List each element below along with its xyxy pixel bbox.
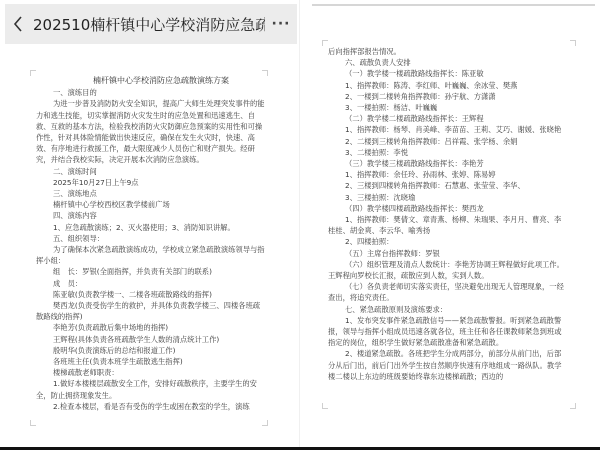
right-document-panel: 后向指挥部报告情况。六、疏散负责人安排（一）教学楼一楼疏散路线指挥长：陈亚敏1、…: [300, 0, 600, 450]
paragraph-line: 1.做好本楼楼层疏散安全工作，安排好疏散秩序，主要学生的安全，防止拥挤现象发生。: [36, 378, 266, 400]
more-options-button[interactable]: ···: [265, 4, 297, 44]
paragraph-line: 二、演练时间: [36, 166, 266, 177]
right-page-body: 后向指挥部报告情况。六、疏散负责人安排（一）教学楼一楼疏散路线指挥长：陈亚敏1、…: [328, 46, 568, 382]
paragraph-line: 后向指挥部报告情况。: [328, 46, 568, 57]
paragraph-line: 殷明华(负责演练后的总结和报道工作): [36, 345, 266, 356]
app-title-bar: 202510楠杆镇中心学校消防应急疏散... ···: [5, 4, 297, 44]
paragraph-line: （七）各负责老师切实落实责任，坚决避免出现无人管理现象，一经查出，将追究责任。: [328, 281, 568, 303]
paragraph-line: 1、指挥教师：陈涛、李红师、叶巍巍、余冰莹、樊燕: [328, 80, 568, 91]
paragraph-line: 七、紧急疏散原则及演练要求：: [328, 304, 568, 315]
paragraph-line: （四）教学楼四楼疏散路线指挥长：樊西龙: [328, 203, 568, 214]
paragraph-line: 1、指挥教师：樊倩文、章青燕、杨柳、朱瑞果、李月月、曹亮、李桂桂、胡金爽、李云华…: [328, 214, 568, 236]
paragraph-line: （五）主席台指挥教师：罗银: [328, 248, 568, 259]
paragraph-line: 3、一楼拍照：杨洁、叶巍巍: [328, 102, 568, 113]
paragraph-line: 为进一步普及消防防火安全知识，提高广大师生处理突发事件的能力和逃生技能，切实掌握…: [36, 98, 266, 165]
paragraph-line: 六、疏散负责人安排: [328, 57, 568, 68]
paragraph-line: （二）教学楼二楼疏散路线指挥长：王辉程: [328, 113, 568, 124]
left-page-body: 一、演练目的为进一步普及消防防火安全知识，提高广大师生处理突发事件的能力和逃生技…: [36, 87, 266, 412]
paragraph-line: 2.检查本楼层，看是否有受伤的学生或困在教室的学生，演练: [36, 401, 266, 412]
page-corner-mark: [30, 420, 36, 426]
paragraph-line: 2、二楼到三楼转角指挥教师：吕祥霞、张学杨、余娟: [328, 136, 568, 147]
paragraph-line: 樊西龙(负责受伤学生的救护，并具体负责教学楼三、四楼各班疏散路线的指挥): [36, 300, 266, 322]
paragraph-line: 楼梯疏散老师职责：: [36, 367, 266, 378]
paragraph-line: 1、指挥教师：杨琴、肖美峰、李苗苗、王莉、艾巧、谢媛、张晓艳: [328, 124, 568, 135]
paragraph-line: 1、指挥教师：余任玲、孙雨林、张婷、陈易婷: [328, 169, 568, 180]
paragraph-line: 四、演练内容: [36, 210, 266, 221]
paragraph-line: 2025年10月27日上午9点: [36, 177, 266, 188]
paragraph-line: 五、组织领导：: [36, 233, 266, 244]
doc-heading: 楠杆镇中心学校消防应急疏散演练方案: [36, 75, 266, 86]
document-page-right: 后向指挥部报告情况。六、疏散负责人安排（一）教学楼一楼疏散路线指挥长：陈亚敏1、…: [328, 46, 568, 382]
paragraph-line: 2、四楼拍照：: [328, 236, 568, 247]
paragraph-line: 李艳芳(负责疏散后集中场地的指挥): [36, 322, 266, 333]
paragraph-line: 为了确保本次紧急疏散演练成功，学校成立紧急疏散演练领导与指挥小组：: [36, 244, 266, 266]
paragraph-line: （六）组织管理及清点人数统计：李艳芳协调王辉程做好此项工作。王辉程向罗校长汇报，…: [328, 259, 568, 281]
chevron-left-icon: [13, 16, 23, 32]
document-title: 202510楠杆镇中心学校消防应急疏散...: [31, 14, 265, 35]
paragraph-line: 1、应急疏散演练；2、灭火器使用；3、消防知识讲解。: [36, 222, 266, 233]
paragraph-line: 3、三楼拍照：沈晓瑜: [328, 192, 568, 203]
paragraph-line: 陈亚敏(负责教学楼一、二楼各班疏散路线的指挥): [36, 289, 266, 300]
page-corner-mark: [262, 420, 268, 426]
paragraph-line: （一）教学楼一楼疏散路线指挥长：陈亚敏: [328, 68, 568, 79]
back-button[interactable]: [5, 4, 31, 44]
paragraph-line: （三）教学楼三楼疏散路线指挥长：李艳芳: [328, 158, 568, 169]
page-corner-mark: [570, 403, 576, 409]
paragraph-line: 2、一楼到二楼转角指挥教师：孙宇航、方潇潇: [328, 91, 568, 102]
paragraph-line: 组 长：罗银(全面指挥，并负责有关部门的联系): [36, 266, 266, 277]
top-border-line: [312, 4, 595, 6]
paragraph-line: 王辉程(具体负责各班疏散学生人数的清点统计工作): [36, 334, 266, 345]
paragraph-line: 各班班主任(负责本班学生疏散逃生指挥): [36, 356, 266, 367]
page-corner-mark: [322, 403, 328, 409]
page-corner-mark: [570, 40, 576, 46]
paragraph-line: 成 员：: [36, 278, 266, 289]
paragraph-line: 1、发布突发事件紧急疏散信号——紧急疏散警报。听到紧急疏散警报，领导与指挥小组成…: [328, 315, 568, 349]
paragraph-line: 2、三楼到四楼转角指挥教师：石慧惠、张莹莹、李华、: [328, 180, 568, 191]
paragraph-line: 3、二楼拍照：李悦: [328, 147, 568, 158]
paragraph-line: 一、演练目的: [36, 87, 266, 98]
document-page-left: 楠杆镇中心学校消防应急疏散演练方案 一、演练目的为进一步普及消防防火安全知识，提…: [36, 75, 266, 412]
paragraph-line: 2、楼道紧急疏散。各班把学生分成两部分，前部分从前门出，后部分从后门出，前后门出…: [328, 348, 568, 382]
paragraph-line: 三、演练地点: [36, 188, 266, 199]
left-document-panel: 202510楠杆镇中心学校消防应急疏散... ··· 楠杆镇中心学校消防应急疏散…: [0, 0, 300, 450]
paragraph-line: 楠杆镇中心学校西校区教学楼前广场: [36, 199, 266, 210]
